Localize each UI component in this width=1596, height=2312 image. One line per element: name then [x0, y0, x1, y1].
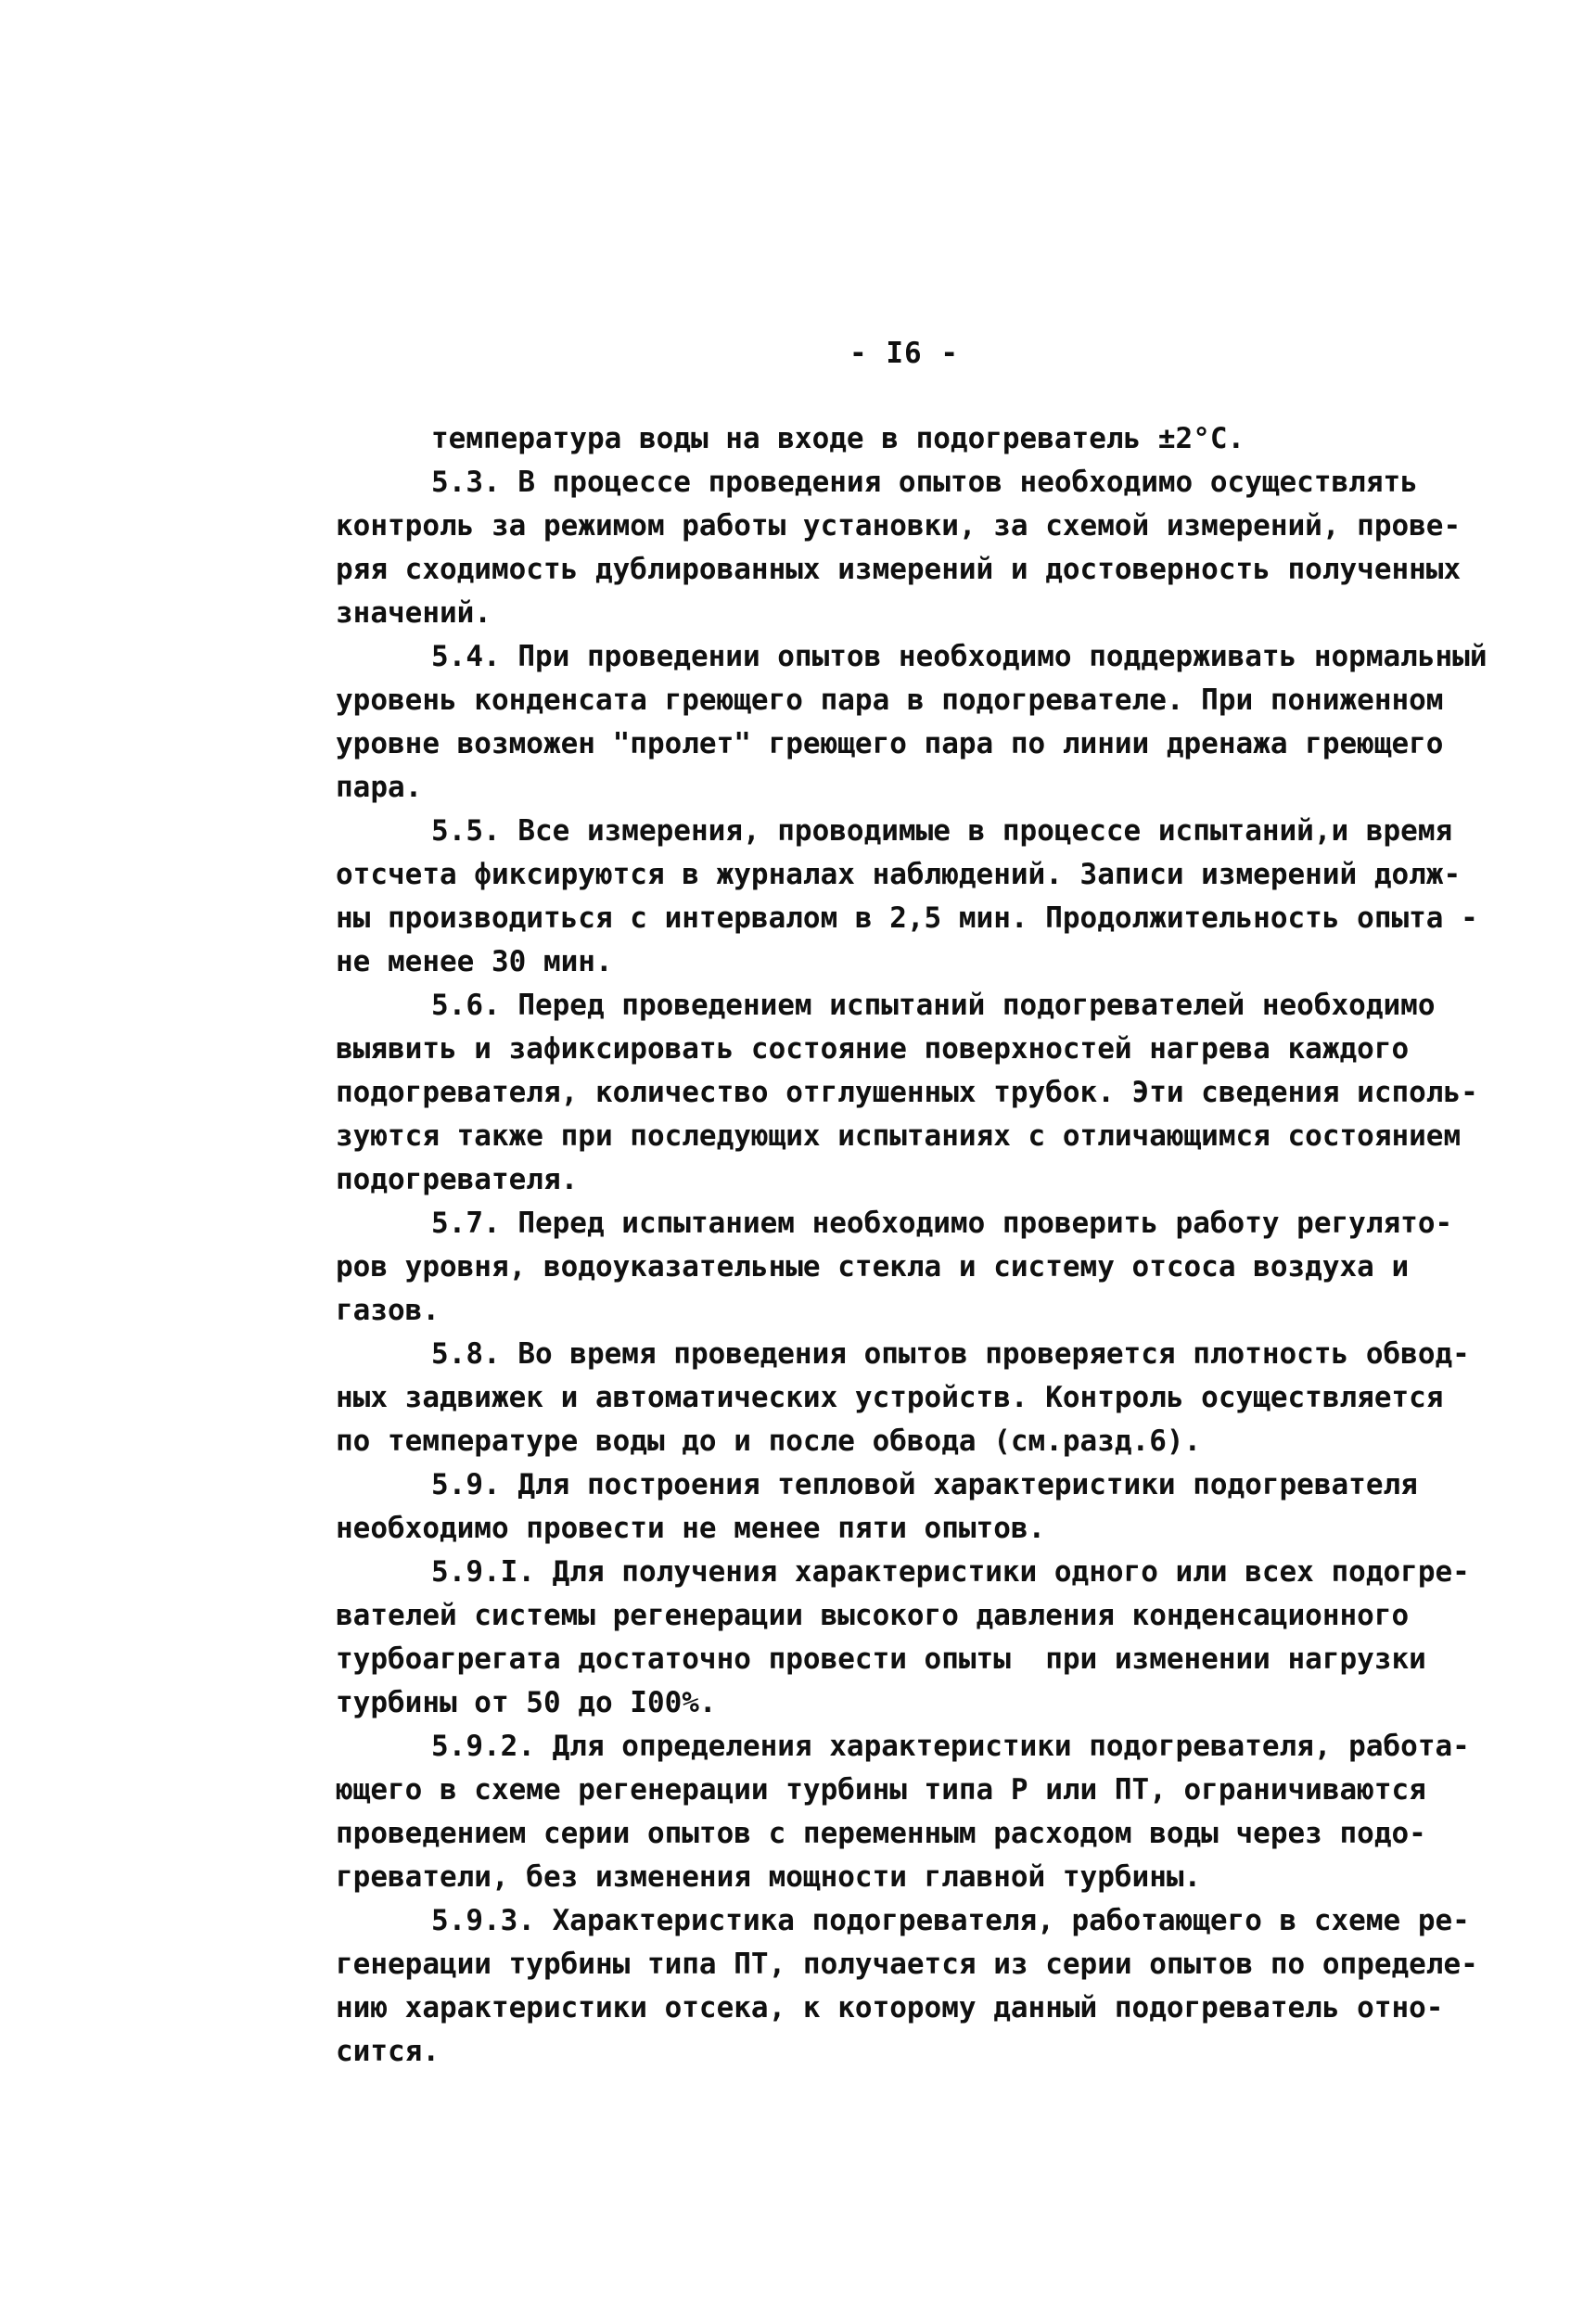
- text-line: генерации турбины типа ПТ, получается из…: [336, 1943, 1523, 1986]
- text-line: ров уровня, водоуказательные стекла и си…: [336, 1245, 1523, 1289]
- text-line: нию характеристики отсека, к которому да…: [336, 1986, 1523, 2030]
- text-line: турбины от 50 до I00%.: [336, 1681, 1523, 1725]
- text-line: газов.: [336, 1289, 1523, 1333]
- text-line: 5.4. При проведении опытов необходимо по…: [336, 635, 1523, 679]
- text-line: отсчета фиксируются в журналах наблюдени…: [336, 853, 1523, 897]
- text-line: 5.5. Все измерения, проводимые в процесс…: [336, 810, 1523, 853]
- text-line: необходимо провести не менее пяти опытов…: [336, 1507, 1523, 1551]
- page-number: - I6 -: [0, 332, 1596, 376]
- text-line: зуются также при последующих испытаниях …: [336, 1115, 1523, 1158]
- text-line: контроль за режимом работы установки, за…: [336, 505, 1523, 548]
- text-line: 5.9.3. Характеристика подогревателя, раб…: [336, 1899, 1523, 1943]
- text-line: 5.8. Во время проведения опытов проверяе…: [336, 1333, 1523, 1376]
- text-line: по температуре воды до и после обвода (с…: [336, 1420, 1523, 1463]
- text-line: выявить и зафиксировать состояние поверх…: [336, 1028, 1523, 1071]
- text-line: 5.3. В процессе проведения опытов необхо…: [336, 461, 1523, 505]
- text-line: ных задвижек и автоматических устройств.…: [336, 1376, 1523, 1420]
- text-line: ны производиться с интервалом в 2,5 мин.…: [336, 897, 1523, 940]
- document-body: температура воды на входе в подогревател…: [336, 417, 1523, 2074]
- text-line: уровне возможен "пролет" греющего пара п…: [336, 722, 1523, 766]
- text-line: проведением серии опытов с переменным ра…: [336, 1812, 1523, 1856]
- text-line: 5.9.I. Для получения характеристики одно…: [336, 1551, 1523, 1594]
- text-line: ряя сходимость дублированных измерений и…: [336, 548, 1523, 592]
- text-line: турбоагрегата достаточно провести опыты …: [336, 1638, 1523, 1681]
- text-line: 5.7. Перед испытанием необходимо провери…: [336, 1202, 1523, 1245]
- text-line: значений.: [336, 592, 1523, 635]
- text-line: подогревателя.: [336, 1158, 1523, 1202]
- text-line: ющего в схеме регенерации турбины типа Р…: [336, 1769, 1523, 1812]
- text-line: пара.: [336, 766, 1523, 810]
- text-line: 5.9. Для построения тепловой характерист…: [336, 1463, 1523, 1507]
- text-line: уровень конденсата греющего пара в подог…: [336, 679, 1523, 722]
- text-line: сится.: [336, 2030, 1523, 2074]
- scanned-document-page: - I6 - температура воды на входе в подог…: [0, 0, 1596, 2312]
- text-line: 5.6. Перед проведением испытаний подогре…: [336, 984, 1523, 1028]
- text-line: подогревателя, количество отглушенных тр…: [336, 1071, 1523, 1115]
- text-line: не менее 30 мин.: [336, 940, 1523, 984]
- text-line: температура воды на входе в подогревател…: [336, 417, 1523, 461]
- text-line: 5.9.2. Для определения характеристики по…: [336, 1725, 1523, 1769]
- text-line: греватели, без изменения мощности главно…: [336, 1856, 1523, 1899]
- text-line: вателей системы регенерации высокого дав…: [336, 1594, 1523, 1638]
